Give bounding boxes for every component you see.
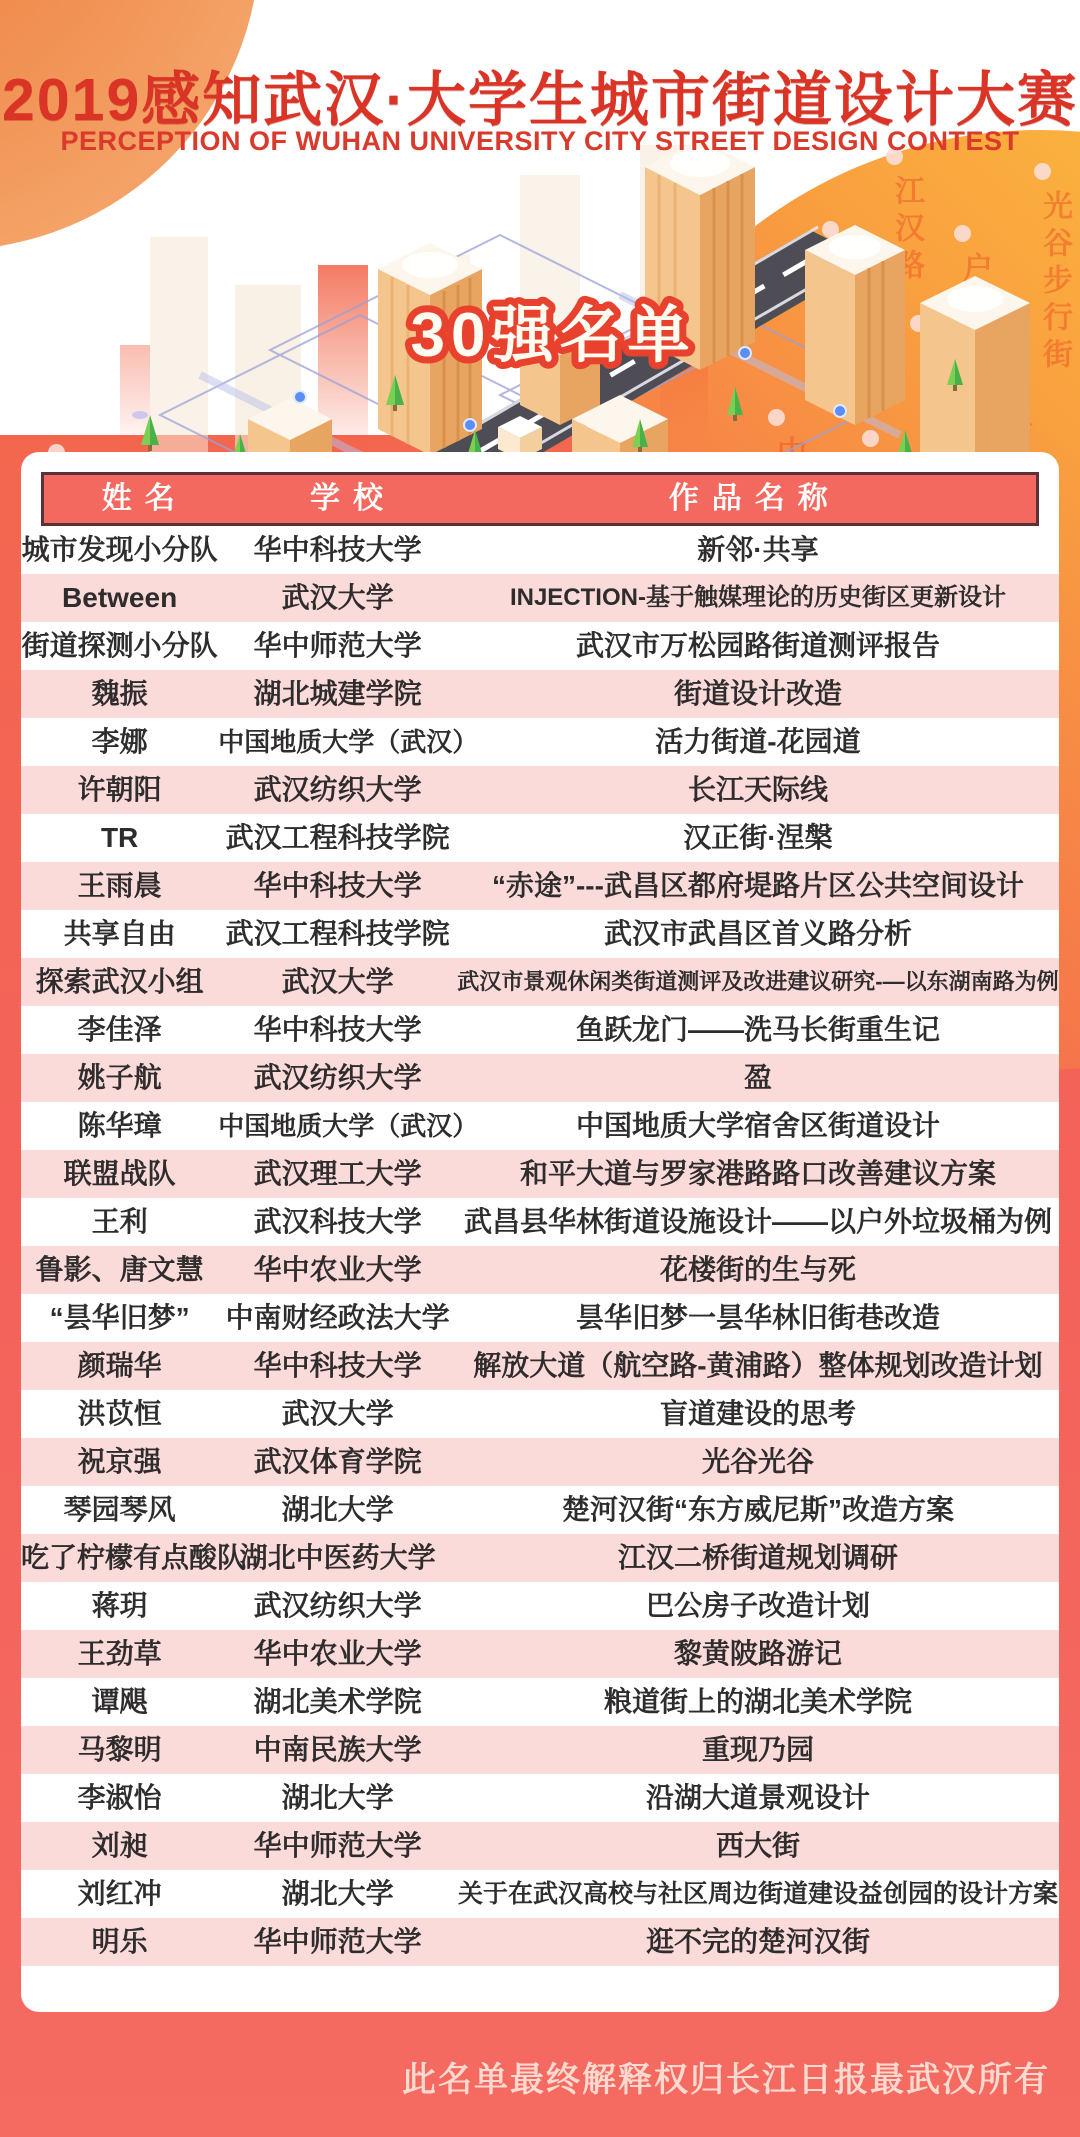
row-work: 长江天际线 [457, 766, 1059, 814]
column-header-work: 作品名称 [461, 475, 1036, 523]
row-name: 姚子航 [21, 1054, 218, 1102]
row-work: 街道设计改造 [457, 670, 1059, 718]
table-row: 颜瑞华 华中科技大学 解放大道（航空路-黄浦路）整体规划改造计划 [21, 1342, 1059, 1390]
row-school: 武汉工程科技学院 [218, 910, 457, 958]
row-work: 西大街 [457, 1822, 1059, 1870]
row-work: 汉正街·涅槃 [457, 814, 1059, 862]
table-row: 蒋玥 武汉纺织大学 巴公房子改造计划 [21, 1582, 1059, 1630]
row-school: 武汉纺织大学 [218, 1582, 457, 1630]
row-school: 武汉大学 [218, 958, 457, 1006]
row-name: 许朝阳 [21, 766, 218, 814]
row-school: 华中师范大学 [218, 1822, 457, 1870]
column-header-name: 姓名 [44, 475, 232, 523]
row-work: 花楼街的生与死 [457, 1246, 1059, 1294]
row-school: 湖北大学 [218, 1774, 457, 1822]
row-name: 探索武汉小组 [21, 958, 218, 1006]
row-name: 共享自由 [21, 910, 218, 958]
row-school: 湖北中医药大学 [218, 1534, 457, 1582]
row-school: 武汉理工大学 [218, 1150, 457, 1198]
row-school: 武汉纺织大学 [218, 766, 457, 814]
row-work: 楚河汉街“东方威尼斯”改造方案 [457, 1486, 1059, 1534]
row-school: 华中农业大学 [218, 1246, 457, 1294]
row-school: 华中科技大学 [218, 1342, 457, 1390]
street-dot [994, 391, 1011, 408]
poster-subtitle: PERCEPTION OF WUHAN UNIVERSITY CITY STRE… [0, 126, 1080, 157]
street-dot [1034, 163, 1051, 180]
row-name: “昙华旧梦” [21, 1294, 218, 1342]
table-row: 吃了柠檬有点酸队 湖北中医药大学 江汉二桥街道规划调研 [21, 1534, 1059, 1582]
row-school: 华中师范大学 [218, 622, 457, 670]
row-school: 中国地质大学（武汉） [218, 718, 457, 766]
table-row: 鲁影、唐文慧 华中农业大学 花楼街的生与死 [21, 1246, 1059, 1294]
row-name: 城市发现小分队 [21, 526, 218, 574]
street-dot [822, 221, 839, 238]
row-work: 鱼跃龙门——洗马长街重生记 [457, 1006, 1059, 1054]
row-work: 新邻·共享 [457, 526, 1059, 574]
row-name: 马黎明 [21, 1726, 218, 1774]
table-row: 马黎明 中南民族大学 重现乃园 [21, 1726, 1059, 1774]
table-body: 城市发现小分队 华中科技大学 新邻·共享 Between 武汉大学 INJECT… [21, 526, 1059, 1966]
row-name: 王劲草 [21, 1630, 218, 1678]
table-row: 王利 武汉科技大学 武昌县华林街道设施设计——以户外垃圾桶为例 [21, 1198, 1059, 1246]
row-name: TR [21, 814, 218, 862]
poster-title: 2019感知武汉·大学生城市街道设计大赛 [0, 52, 1080, 137]
table-row: “昙华旧梦” 中南财经政法大学 昙华旧梦一昙华林旧街巷改造 [21, 1294, 1059, 1342]
row-work: 盈 [457, 1054, 1059, 1102]
street-dot [768, 409, 785, 426]
row-name: 李淑怡 [21, 1774, 218, 1822]
table-row: 李娜 中国地质大学（武汉） 活力街道-花园道 [21, 718, 1059, 766]
row-name: 吃了柠檬有点酸队 [21, 1534, 218, 1582]
row-school: 中南民族大学 [218, 1726, 457, 1774]
finalists-table-card: 姓名 学校 作品名称 城市发现小分队 华中科技大学 新邻·共享 Between … [21, 452, 1059, 2012]
row-work: 昙华旧梦一昙华林旧街巷改造 [457, 1294, 1059, 1342]
row-name: 李娜 [21, 718, 218, 766]
street-label: 江汉路 [884, 175, 928, 286]
row-work: 盲道建设的思考 [457, 1390, 1059, 1438]
street-dot [954, 225, 971, 242]
table-row: 城市发现小分队 华中科技大学 新邻·共享 [21, 526, 1059, 574]
row-work: 武昌县华林街道设施设计——以户外垃圾桶为例 [457, 1198, 1059, 1246]
row-school: 华中科技大学 [218, 1006, 457, 1054]
row-name: 明乐 [21, 1918, 218, 1966]
row-work: 逛不完的楚河汉街 [457, 1918, 1059, 1966]
table-row: 共享自由 武汉工程科技学院 武汉市武昌区首义路分析 [21, 910, 1059, 958]
row-name: 魏振 [21, 670, 218, 718]
table-header: 姓名 学校 作品名称 [41, 472, 1039, 526]
row-name: 李佳泽 [21, 1006, 218, 1054]
table-row: 许朝阳 武汉纺织大学 长江天际线 [21, 766, 1059, 814]
row-name: 颜瑞华 [21, 1342, 218, 1390]
street-dot [910, 315, 927, 332]
row-work: 活力街道-花园道 [457, 718, 1059, 766]
table-row: 联盟战队 武汉理工大学 和平大道与罗家港路路口改善建议方案 [21, 1150, 1059, 1198]
badge-top30: 30强名单 [403, 288, 703, 380]
row-name: 刘昶 [21, 1822, 218, 1870]
table-row: Between 武汉大学 INJECTION-基于触媒理论的历史街区更新设计 [21, 574, 1059, 622]
table-row: TR 武汉工程科技学院 汉正街·涅槃 [21, 814, 1059, 862]
row-work: 沿湖大道景观设计 [457, 1774, 1059, 1822]
row-name: 街道探测小分队 [21, 622, 218, 670]
row-school: 武汉科技大学 [218, 1198, 457, 1246]
row-work: 关于在武汉高校与社区周边街道建设益创园的设计方案 [457, 1870, 1059, 1918]
street-label: 光谷步行街 [1032, 190, 1076, 375]
row-school: 华中师范大学 [218, 1918, 457, 1966]
table-row: 琴园琴风 湖北大学 楚河汉街“东方威尼斯”改造方案 [21, 1486, 1059, 1534]
row-work: 和平大道与罗家港路路口改善建议方案 [457, 1150, 1059, 1198]
row-work: 武汉市武昌区首义路分析 [457, 910, 1059, 958]
row-name: 王雨晨 [21, 862, 218, 910]
table-row: 明乐 华中师范大学 逛不完的楚河汉街 [21, 1918, 1059, 1966]
row-work: 粮道街上的湖北美术学院 [457, 1678, 1059, 1726]
row-name: 琴园琴风 [21, 1486, 218, 1534]
row-work: 解放大道（航空路-黄浦路）整体规划改造计划 [457, 1342, 1059, 1390]
row-name: 刘红冲 [21, 1870, 218, 1918]
row-name: 谭飓 [21, 1678, 218, 1726]
table-row: 王雨晨 华中科技大学 “赤途”---武昌区都府堤路片区公共空间设计 [21, 862, 1059, 910]
row-work: 武汉市景观休闲类街道测评及改进建议研究-—以东湖南路为例 [457, 958, 1059, 1006]
row-work: 重现乃园 [457, 1726, 1059, 1774]
row-name: 鲁影、唐文慧 [21, 1246, 218, 1294]
row-school: 湖北大学 [218, 1486, 457, 1534]
row-work: INJECTION-基于触媒理论的历史街区更新设计 [457, 574, 1059, 622]
street-label: 汉街 [820, 248, 864, 322]
table-row: 姚子航 武汉纺织大学 盈 [21, 1054, 1059, 1102]
table-row: 王劲草 华中农业大学 黎黄陂路游记 [21, 1630, 1059, 1678]
table-row: 魏振 湖北城建学院 街道设计改造 [21, 670, 1059, 718]
street-label: 户部巷 [952, 252, 996, 363]
row-school: 华中科技大学 [218, 526, 457, 574]
row-school: 中国地质大学（武汉） [218, 1102, 457, 1150]
table-row: 洪苡恒 武汉大学 盲道建设的思考 [21, 1390, 1059, 1438]
row-name: 洪苡恒 [21, 1390, 218, 1438]
table-row: 谭飓 湖北美术学院 粮道街上的湖北美术学院 [21, 1678, 1059, 1726]
row-name: 蒋玥 [21, 1582, 218, 1630]
table-row: 李佳泽 华中科技大学 鱼跃龙门——洗马长街重生记 [21, 1006, 1059, 1054]
table-row: 祝京强 武汉体育学院 光谷光谷 [21, 1438, 1059, 1486]
row-school: 华中农业大学 [218, 1630, 457, 1678]
row-school: 武汉纺织大学 [218, 1054, 457, 1102]
footer-note: 此名单最终解释权归长江日报最武汉所有 [0, 2052, 1080, 2101]
row-work: 武汉市万松园路街道测评报告 [457, 622, 1059, 670]
row-work: 江汉二桥街道规划调研 [457, 1534, 1059, 1582]
row-name: 联盟战队 [21, 1150, 218, 1198]
row-school: 湖北美术学院 [218, 1678, 457, 1726]
table-row: 探索武汉小组 武汉大学 武汉市景观休闲类街道测评及改进建议研究-—以东湖南路为例 [21, 958, 1059, 1006]
row-school: 中南财经政法大学 [218, 1294, 457, 1342]
row-work: 巴公房子改造计划 [457, 1582, 1059, 1630]
table-row: 李淑怡 湖北大学 沿湖大道景观设计 [21, 1774, 1059, 1822]
row-school: 湖北大学 [218, 1870, 457, 1918]
row-work: 中国地质大学宿舍区街道设计 [457, 1102, 1059, 1150]
row-school: 武汉大学 [218, 574, 457, 622]
table-row: 刘昶 华中师范大学 西大街 [21, 1822, 1059, 1870]
row-name: Between [21, 574, 218, 622]
table-row: 陈华璋 中国地质大学（武汉） 中国地质大学宿舍区街道设计 [21, 1102, 1059, 1150]
row-school: 武汉体育学院 [218, 1438, 457, 1486]
table-row: 刘红冲 湖北大学 关于在武汉高校与社区周边街道建设益创园的设计方案 [21, 1870, 1059, 1918]
row-work: “赤途”---武昌区都府堤路片区公共空间设计 [457, 862, 1059, 910]
row-name: 祝京强 [21, 1438, 218, 1486]
row-school: 武汉工程科技学院 [218, 814, 457, 862]
deco-dot [862, 430, 879, 447]
row-school: 华中科技大学 [218, 862, 457, 910]
row-school: 武汉大学 [218, 1390, 457, 1438]
table-row: 街道探测小分队 华中师范大学 武汉市万松园路街道测评报告 [21, 622, 1059, 670]
svg-text:30强名单: 30强名单 [411, 301, 696, 370]
row-work: 黎黄陂路游记 [457, 1630, 1059, 1678]
row-name: 王利 [21, 1198, 218, 1246]
row-work: 光谷光谷 [457, 1438, 1059, 1486]
row-name: 陈华璋 [21, 1102, 218, 1150]
row-school: 湖北城建学院 [218, 670, 457, 718]
column-header-school: 学校 [232, 475, 460, 523]
